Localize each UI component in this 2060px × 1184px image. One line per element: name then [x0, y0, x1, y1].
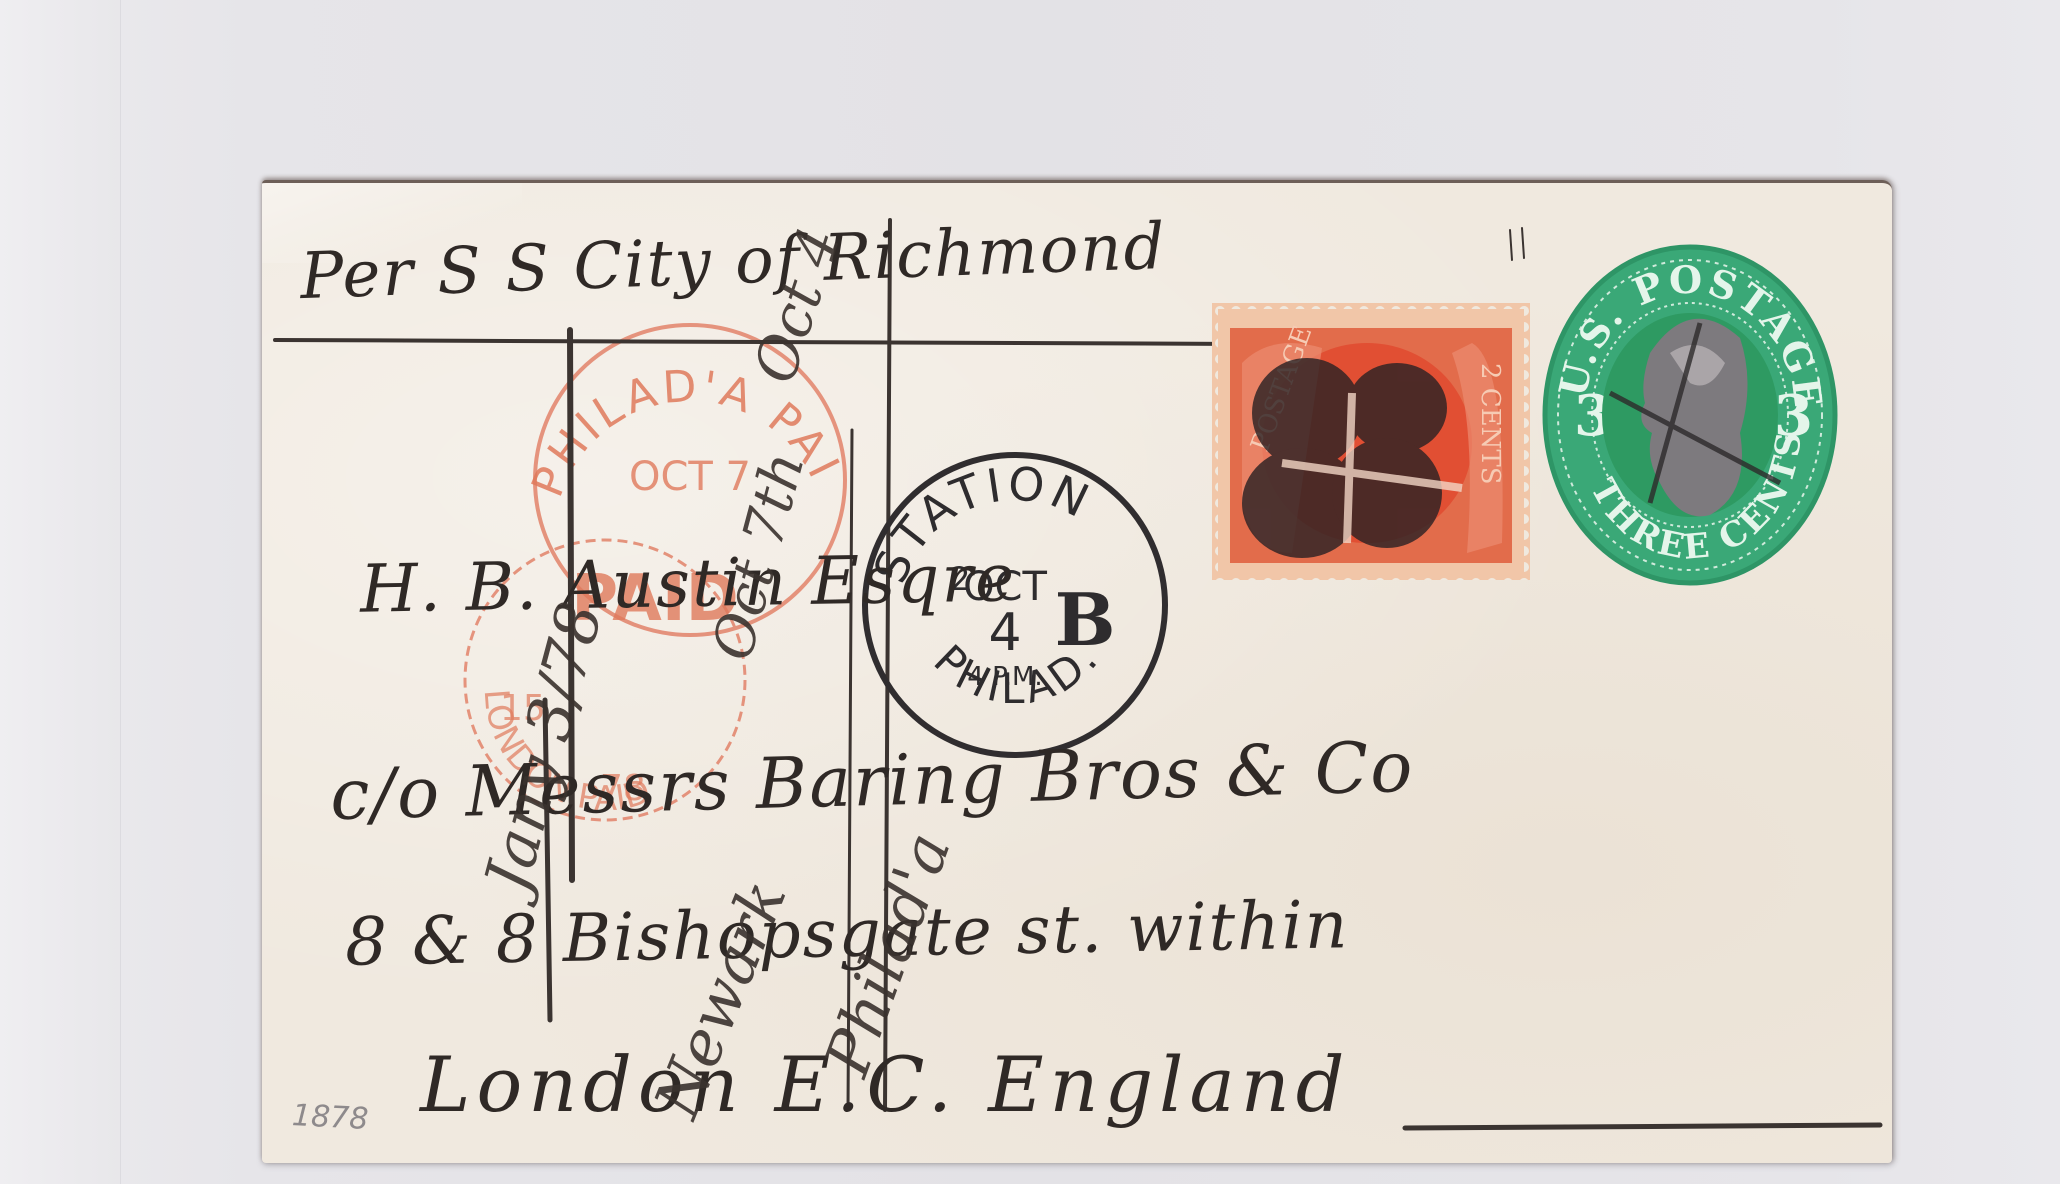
addressee-line: H. B. Austin Esqre: [359, 539, 1016, 627]
pencil-year-note: 1878: [291, 1098, 369, 1137]
adhesive-right-text: 2 CENTS: [1475, 363, 1505, 485]
adhesive-stamp-2c: POSTAGE 2 CENTS: [1212, 303, 1530, 580]
indicium-value-right: 3: [1774, 383, 1813, 449]
embossed-indicium-3c: U.S. POSTAGE THREE CENTS 3 3: [1540, 243, 1840, 588]
